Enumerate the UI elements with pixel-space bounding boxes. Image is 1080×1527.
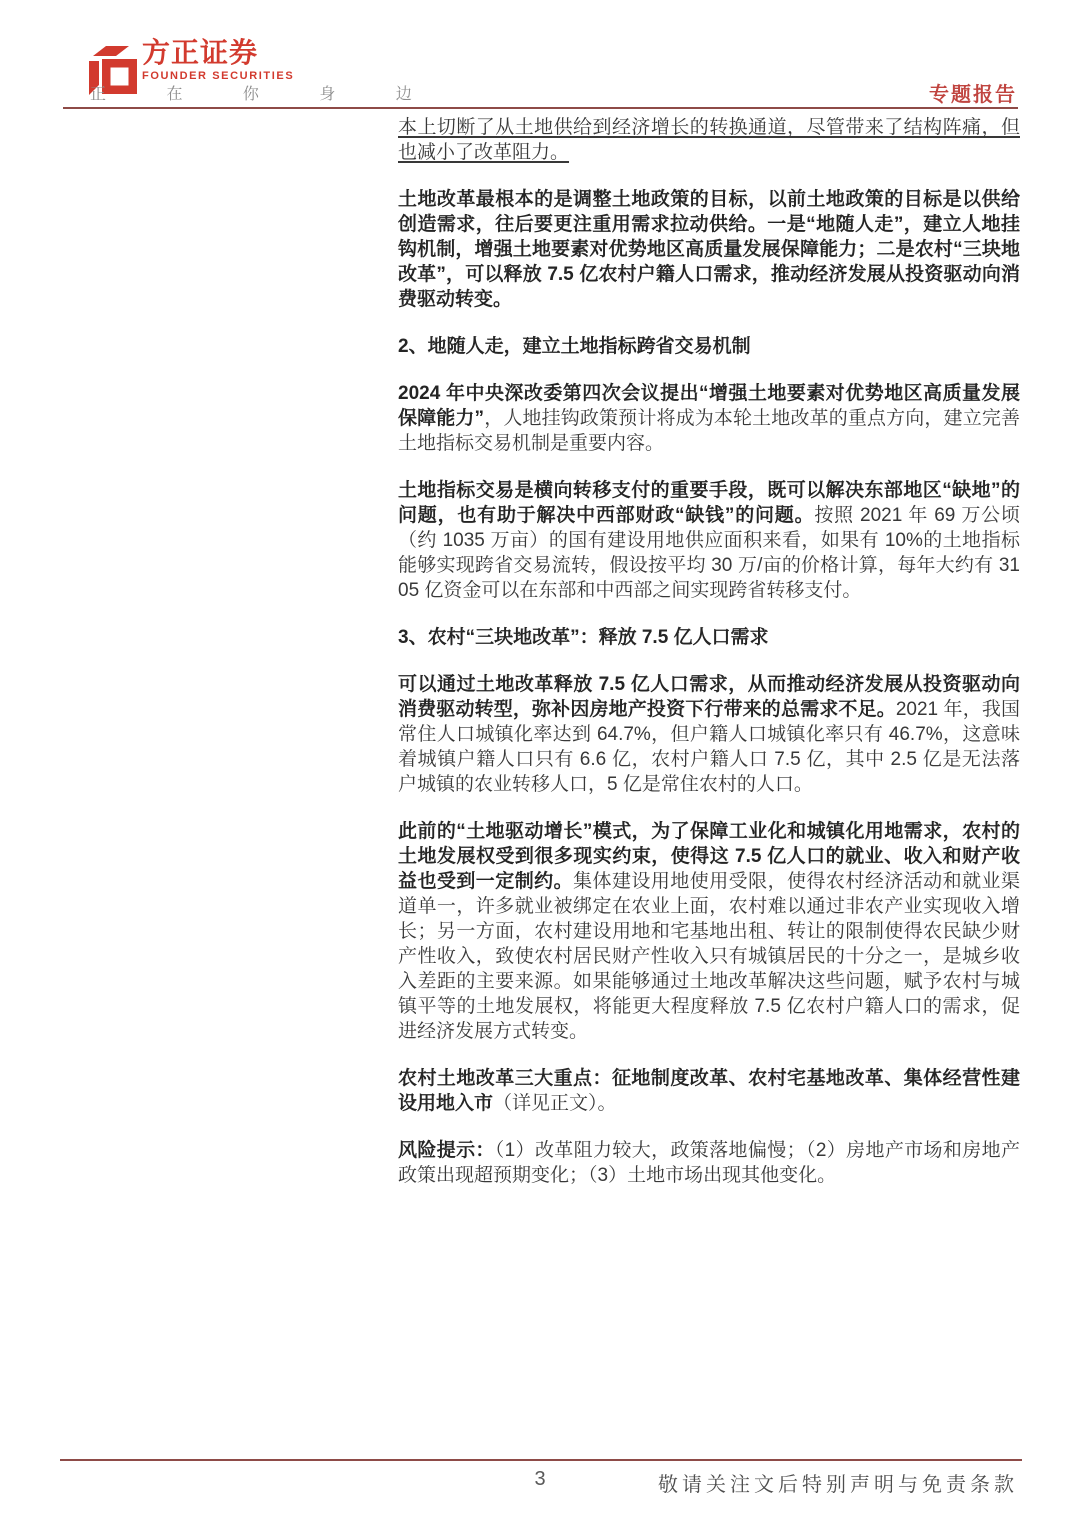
text-segment: 3、农村“三块地改革”：释放 7.5 亿人口需求 [398,627,769,648]
text-segment: 2、地随人走，建立土地指标跨省交易机制 [398,336,751,357]
header-rule [63,107,1018,109]
footer-rule [60,1459,1022,1461]
text-segment: 土地改革最根本的是调整土地政策的目标，以前土地政策的目标是以供给创造需求，往后要… [398,189,1020,310]
text-segment: 农村土地改革三大重点：征地制度改革、农村宅基地改革、集体经营性建设用地入市 [398,1068,1020,1114]
report-page: 方正证券 FOUNDER SECURITIES 正 在 你 身 边 专题报告 本… [0,0,1080,1527]
text-segment: 集体建设用地使用受限，使得农村经济活动和就业渠道单一，许多就业被绑定在农业上面，… [398,871,1020,1042]
report-type-label: 专题报告 [929,78,1017,107]
paragraph-carryover: 本上切断了从土地供给到经济增长的转换通道，尽管带来了结构阵痛，但也减小了改革阻力… [398,115,1020,165]
brand-name-en: FOUNDER SECURITIES [142,70,294,83]
report-body: 本上切断了从土地供给到经济增长的转换通道，尽管带来了结构阵痛，但也减小了改革阻力… [398,115,1020,1210]
text-segment: 本上切断了从土地供给到经济增长的转换通道，尽管带来了结构阵痛，但也减小了改革阻力… [398,117,1020,163]
paragraph-three-key-points: 农村土地改革三大重点：征地制度改革、农村宅基地改革、集体经营性建设用地入市（详见… [398,1066,1020,1116]
paragraph-land-driven-growth: 此前的“土地驱动增长”模式，为了保障工业化和城镇化用地需求，农村的土地发展权受到… [398,819,1020,1044]
brand-slogan: 正 在 你 身 边 [90,86,440,104]
section-heading-3: 3、农村“三块地改革”：释放 7.5 亿人口需求 [398,625,1020,650]
text-segment: 风险提示： [398,1140,495,1161]
paragraph-2024-meeting: 2024 年中央深改委第四次会议提出“增强土地要素对优势地区高质量发展保障能力”… [398,381,1020,456]
footer-disclaimer: 敬请关注文后特别声明与免责条款 [658,1468,1018,1497]
paragraph-risk-notice: 风险提示：（1）改革阻力较大，政策落地偏慢；（2）房地产市场和房地产政策出现超预… [398,1138,1020,1188]
section-heading-2: 2、地随人走，建立土地指标跨省交易机制 [398,334,1020,359]
brand-text: 方正证券 FOUNDER SECURITIES [142,38,294,83]
brand-name: 方正证券 [142,38,294,68]
text-segment: （详见正文）。 [493,1093,617,1114]
paragraph-release-demand: 可以通过土地改革释放 7.5 亿人口需求，从而推动经济发展从投资驱动向消费驱动转… [398,672,1020,797]
paragraph-reform-goal: 土地改革最根本的是调整土地政策的目标，以前土地政策的目标是以供给创造需求，往后要… [398,187,1020,312]
text-segment: ，人地挂钩政策预计将成为本轮土地改革的重点方向，建立完善土地指标交易机制是重要内… [398,408,1020,454]
paragraph-land-quota-trading: 土地指标交易是横向转移支付的重要手段，既可以解决东部地区“缺地”的问题，也有助于… [398,478,1020,603]
